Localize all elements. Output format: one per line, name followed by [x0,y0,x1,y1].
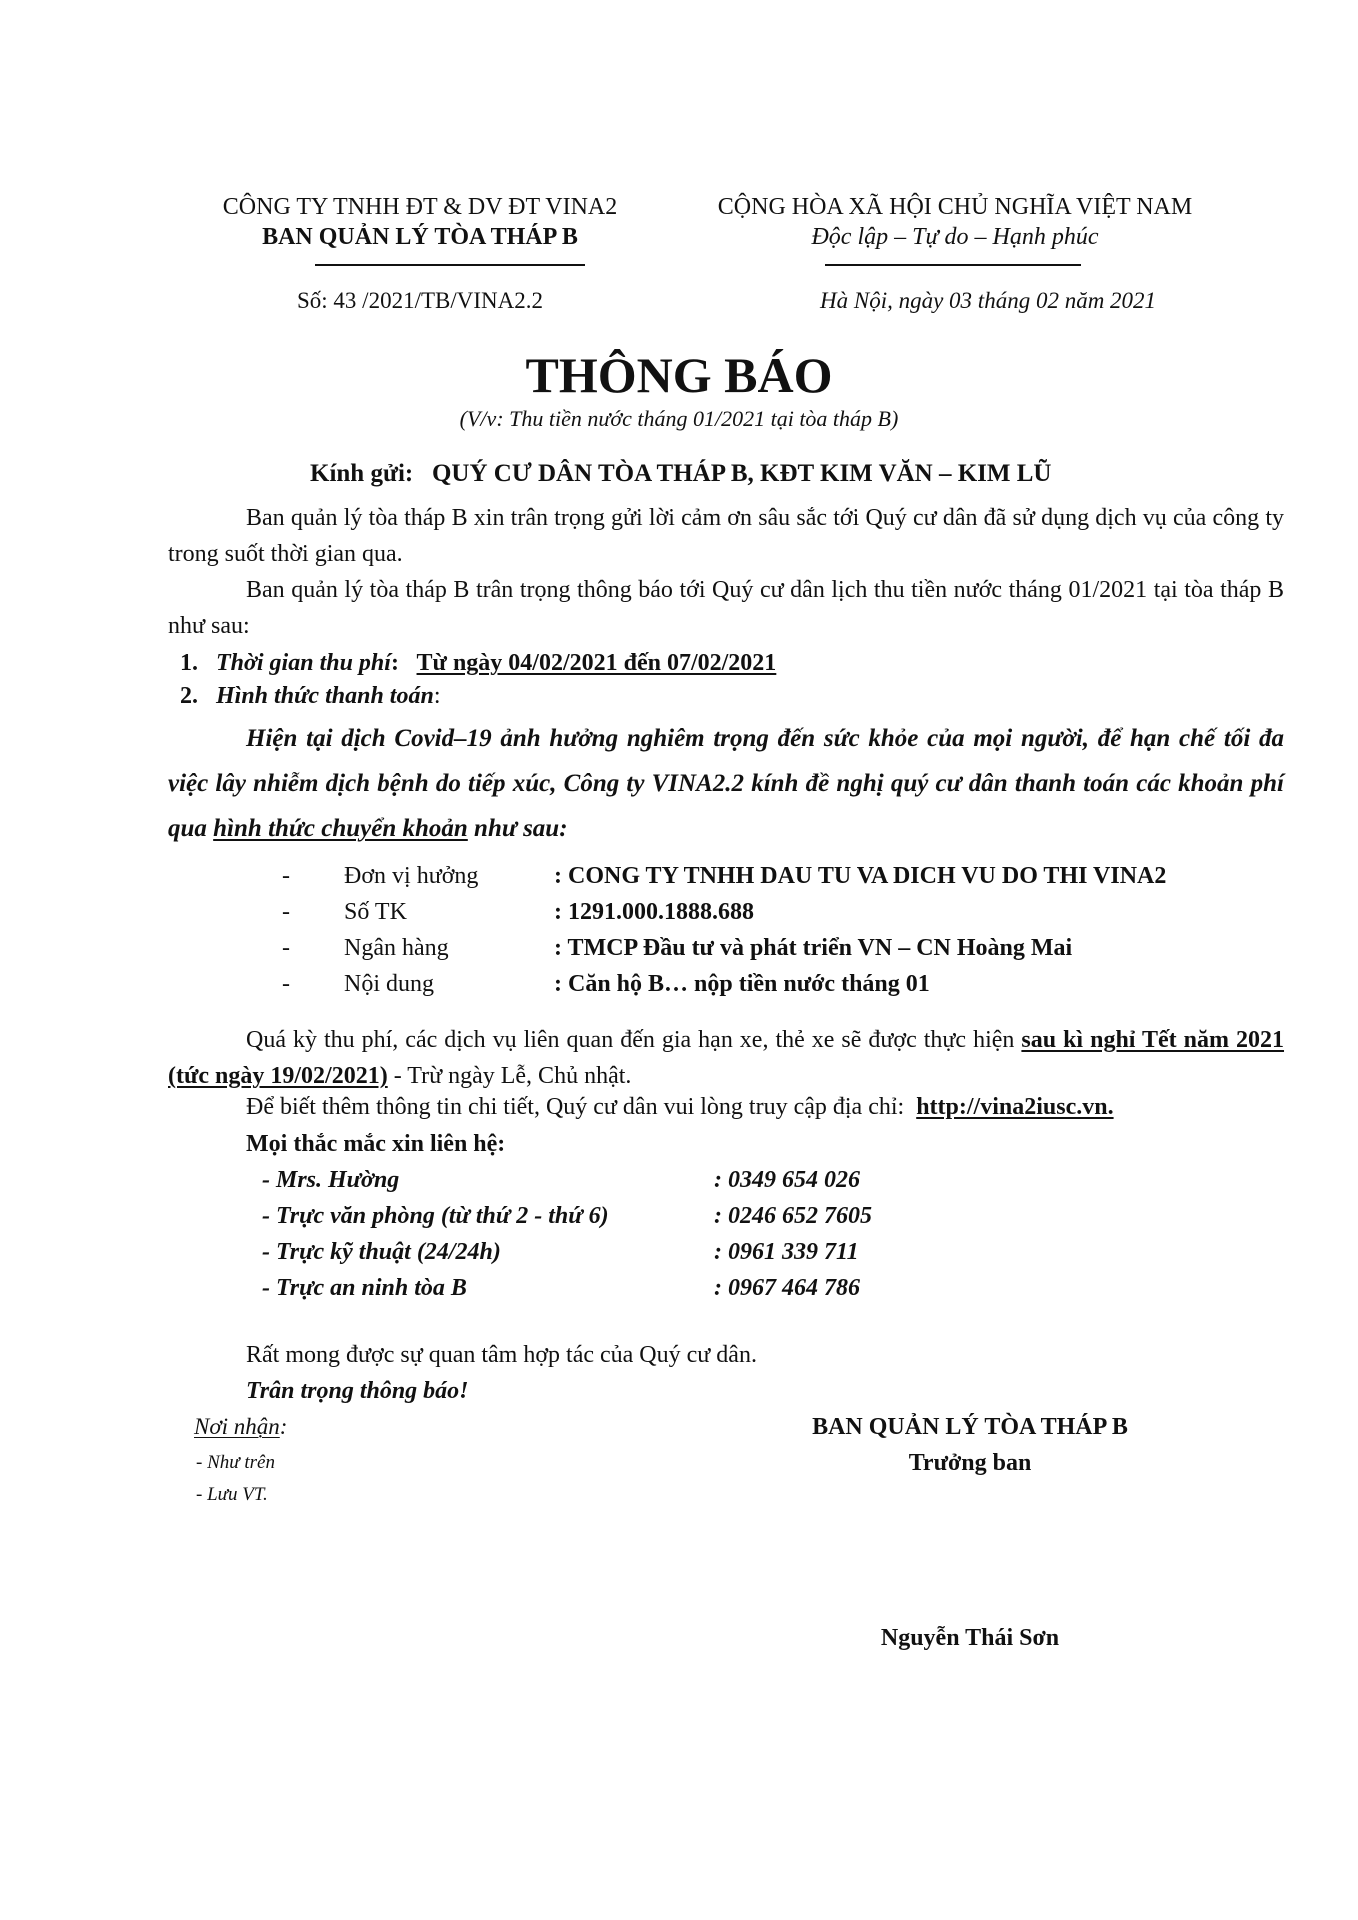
item-label: Thời gian thu phí [216,650,391,676]
bank-label: Số TK [344,899,554,926]
bank-label: Đơn vị hưởng [344,863,554,890]
contact-phone: : 0349 654 026 [714,1167,860,1194]
contact-phone: : 0961 339 711 [714,1239,859,1266]
recipients-heading: Nơi nhận: [194,1414,287,1440]
recipient-item: - Như trên [196,1452,275,1474]
bank-row-bank: - Ngân hàng : TMCP Đầu tư và phát triển … [282,935,1072,962]
signature-title: Trưởng ban [780,1450,1160,1477]
bank-value: : 1291.000.1888.688 [554,899,754,926]
contact-row: - Trực an ninh tòa B : 0967 464 786 [262,1275,860,1302]
recipient-item: - Lưu VT. [196,1484,268,1506]
recipient-line: Kính gửi: QUÝ CƯ DÂN TÒA THÁP B, KĐT KIM… [310,460,1052,488]
bank-value: : CONG TY TNHH DAU TU VA DICH VU DO THI … [554,863,1166,890]
bank-row-account: - Số TK : 1291.000.1888.688 [282,899,754,926]
signature-org: BAN QUẢN LÝ TÒA THÁP B [780,1414,1160,1441]
closing-line: Rất mong được sự quan tâm hợp tác của Qu… [246,1342,757,1369]
item-number: 1. [180,650,198,676]
header-left-rule [315,264,585,266]
bank-value: : Căn hộ B… nộp tiền nước tháng 01 [554,971,930,998]
signer-name: Nguyễn Thái Sơn [780,1625,1160,1652]
bank-row-beneficiary: - Đơn vị hưởng : CONG TY TNHH DAU TU VA … [282,863,1166,890]
closing-regards: Trân trọng thông báo! [246,1378,469,1405]
covid-text-end: như sau: [468,815,568,842]
header-right-rule [825,264,1081,266]
covid-notice: Hiện tại dịch Covid–19 ảnh hưởng nghiêm … [168,716,1284,851]
company-name: CÔNG TY TNHH ĐT & DV ĐT VINA2 [170,194,670,221]
contact-row: - Trực kỹ thuật (24/24h) : 0961 339 711 [262,1239,859,1266]
document-number: Số: 43 /2021/TB/VINA2.2 [170,288,670,314]
recipient-value: QUÝ CƯ DÂN TÒA THÁP B, KĐT KIM VĂN – KIM… [432,460,1052,487]
department-name: BAN QUẢN LÝ TÒA THÁP B [170,224,670,251]
bank-label: Nội dung [344,971,554,998]
contact-phone: : 0246 652 7605 [714,1203,872,1230]
bank-row-content: - Nội dung : Căn hộ B… nộp tiền nước thá… [282,971,930,998]
contact-phone: : 0967 464 786 [714,1275,860,1302]
nation-title: CỘNG HÒA XÃ HỘI CHỦ NGHĨA VIỆT NAM [675,194,1235,221]
bank-value: : TMCP Đầu tư và phát triển VN – CN Hoàn… [554,935,1072,962]
item-value: Từ ngày 04/02/2021 đến 07/02/2021 [417,650,777,676]
bank-label: Ngân hàng [344,935,554,962]
national-motto: Độc lập – Tự do – Hạnh phúc [675,224,1235,251]
transfer-method: hình thức chuyển khoản [213,815,468,842]
item-fee-period: 1. Thời gian thu phí: Từ ngày 04/02/2021… [180,650,776,677]
item-payment-method: 2. Hình thức thanh toán: [180,683,440,710]
contact-row: - Mrs. Hường : 0349 654 026 [262,1167,860,1194]
paragraph-schedule: Ban quản lý tòa tháp B trân trọng thông … [168,572,1284,644]
place-date: Hà Nội, ngày 03 tháng 02 năm 2021 [820,288,1156,314]
website-link[interactable]: http://vina2iusc.vn. [916,1094,1113,1120]
document-title: THÔNG BÁO [0,346,1358,404]
document-subtitle: (V/v: Thu tiền nước tháng 01/2021 tại tò… [0,406,1358,432]
paragraph-thanks: Ban quản lý tòa tháp B xin trân trọng gử… [168,500,1284,572]
overdue-notice: Quá kỳ thu phí, các dịch vụ liên quan đế… [168,1022,1284,1094]
item-label: Hình thức thanh toán [216,683,434,709]
item-number: 2. [180,683,198,709]
recipient-label: Kính gửi: [310,460,413,487]
contact-row: - Trực văn phòng (từ thứ 2 - thứ 6) : 02… [262,1203,872,1230]
website-line: Để biết thêm thông tin chi tiết, Quý cư … [246,1094,1114,1121]
contacts-heading: Mọi thắc mắc xin liên hệ: [246,1131,505,1158]
